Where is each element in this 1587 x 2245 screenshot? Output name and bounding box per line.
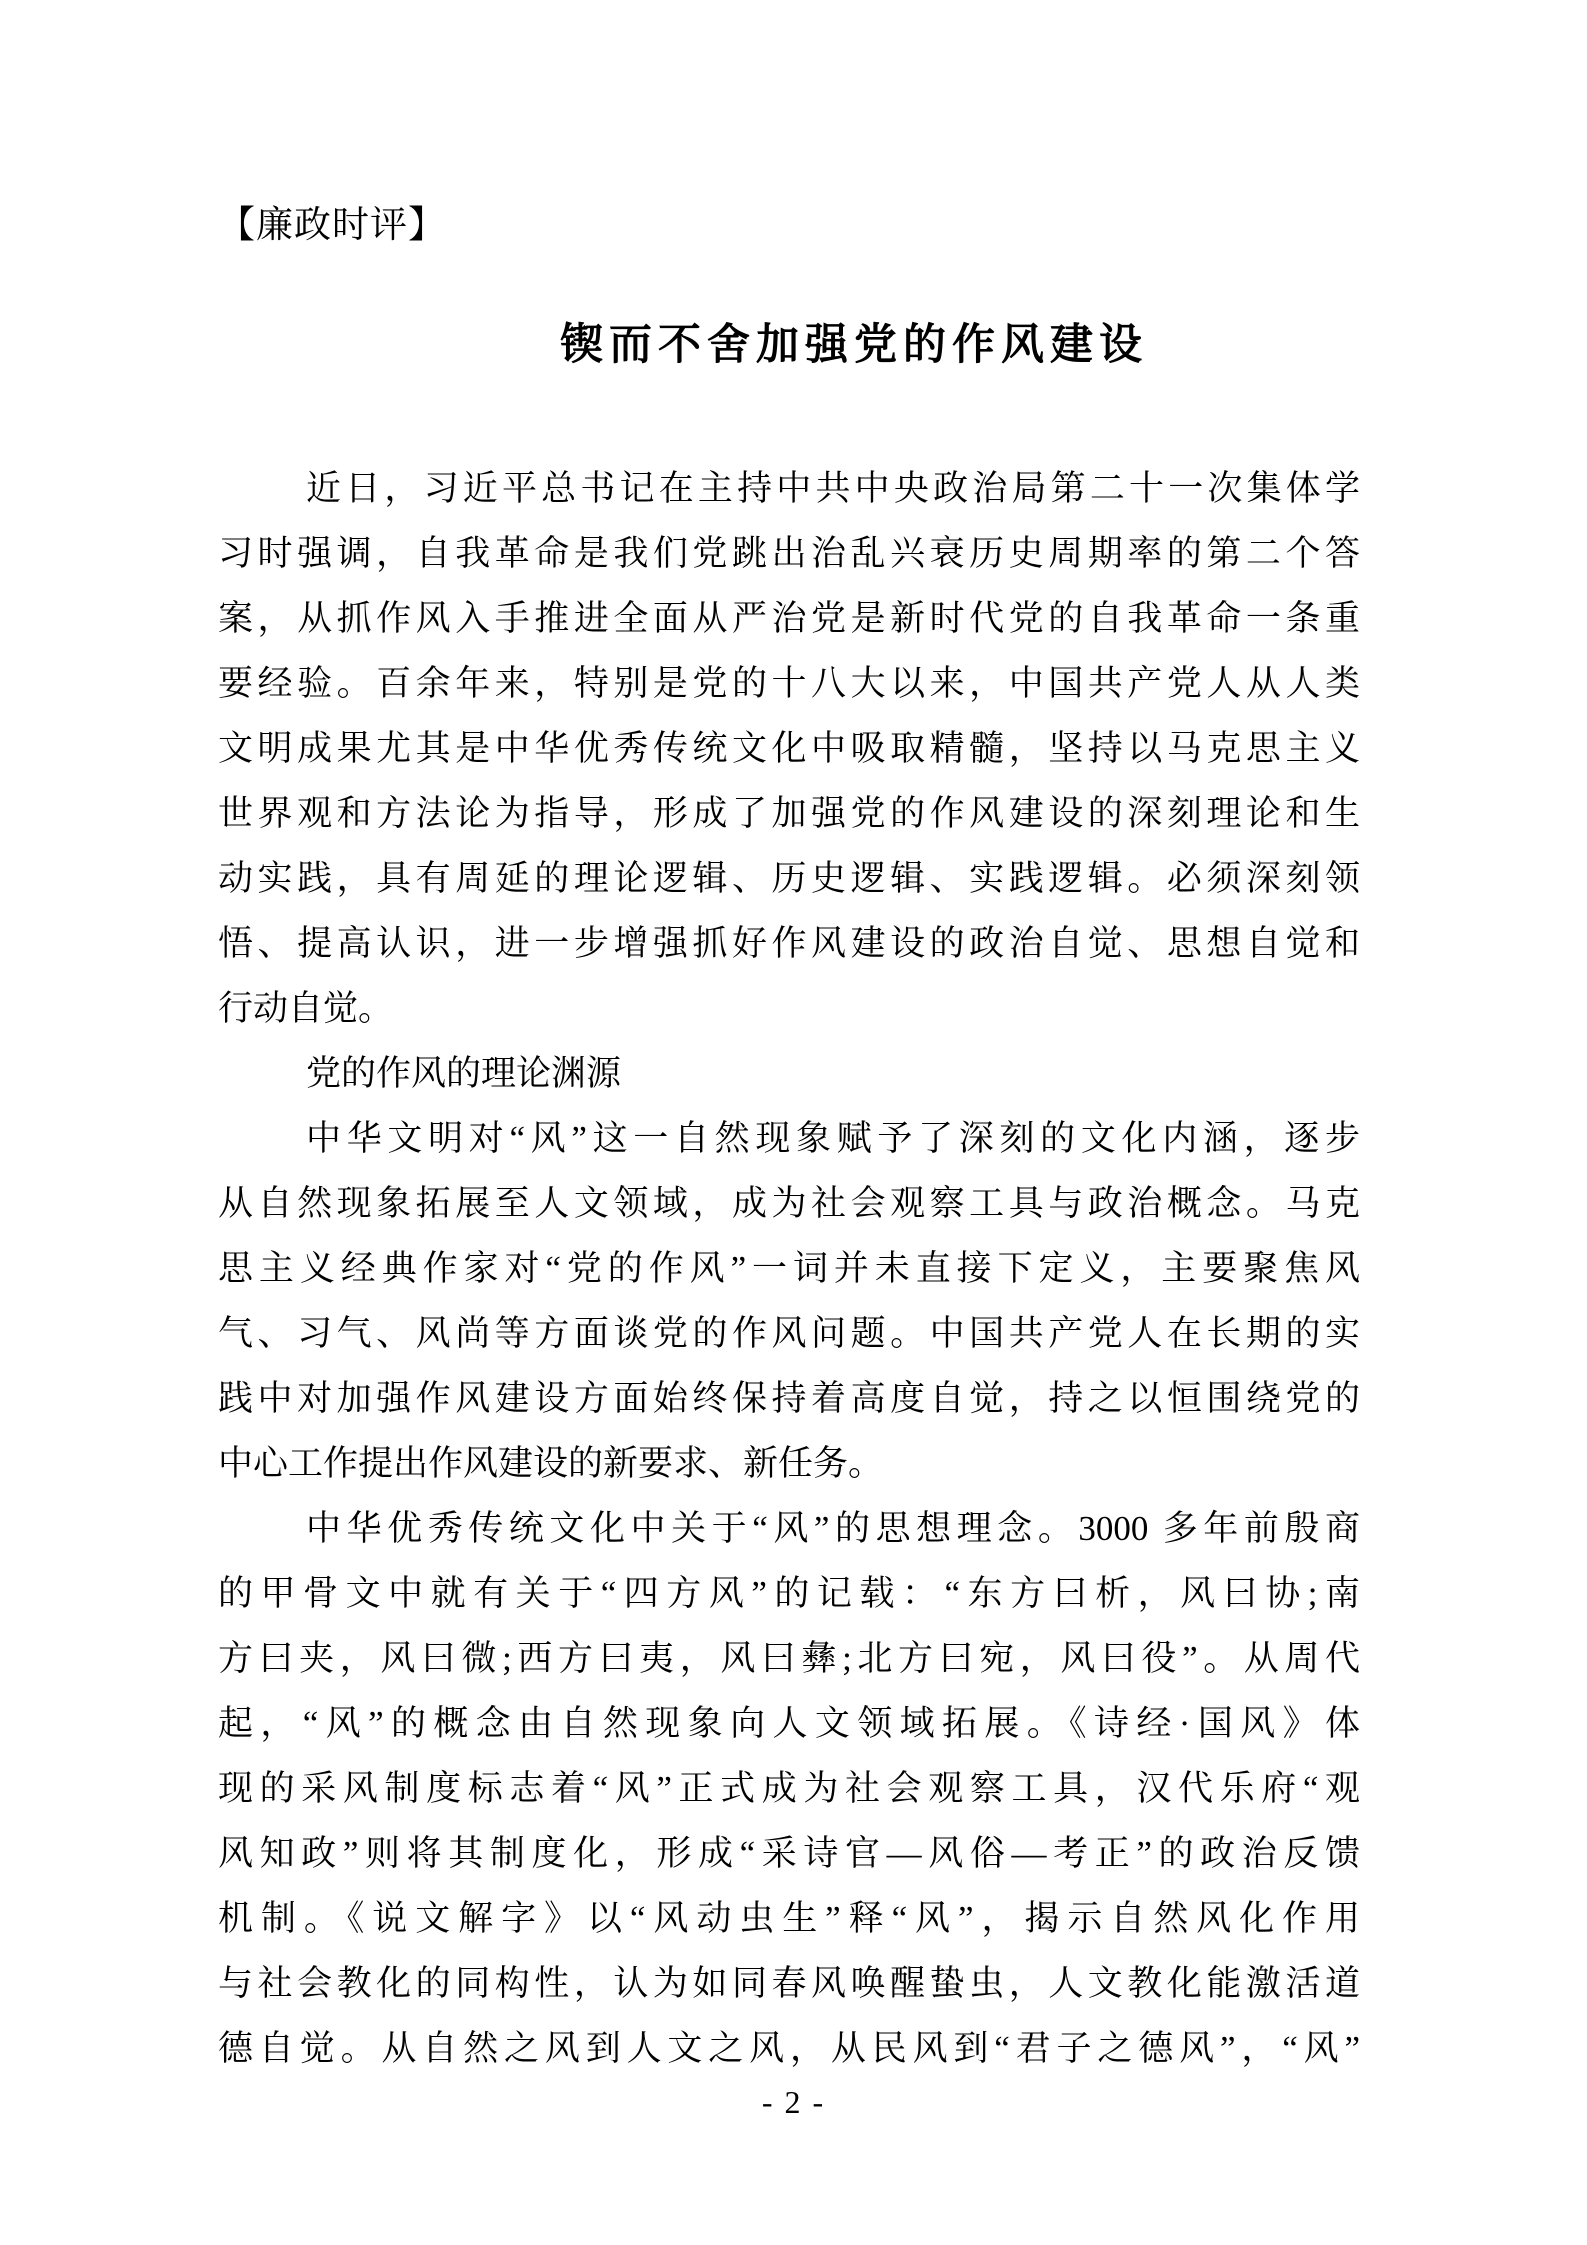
body-text-line: 文明成果尤其是中华优秀传统文化中吸取精髓，坚持以马克思主义	[218, 716, 1360, 781]
body-text-line: 悟、提高认识，进一步增强抓好作风建设的政治自觉、思想自觉和	[218, 911, 1360, 976]
body-text-line: 风知政”则将其制度化，形成“采诗官—风俗—考正”的政治反馈	[218, 1821, 1360, 1886]
body-text-line: 机制。《说文解字》以“风动虫生”释“风”，揭示自然风化作用	[218, 1886, 1360, 1951]
body-text-line: 中华文明对“风”这一自然现象赋予了深刻的文化内涵，逐步	[218, 1106, 1360, 1171]
body-text-line: 行动自觉。	[218, 976, 1360, 1041]
body-text-line: 方曰夹，风曰微;西方曰夷，风曰彝;北方曰宛，风曰役”。从周代	[218, 1626, 1360, 1691]
body-text-line: 中心工作提出作风建设的新要求、新任务。	[218, 1431, 1360, 1496]
body-text-line: 起，“风”的概念由自然现象向人文领域拓展。《诗经·国风》体	[218, 1691, 1360, 1756]
body-text-line: 践中对加强作风建设方面始终保持着高度自觉，持之以恒围绕党的	[218, 1366, 1360, 1431]
document-page: 【廉政时评】 锲而不舍加强党的作风建设 近日，习近平总书记在主持中共中央政治局第…	[0, 0, 1587, 2245]
body-text-line: 近日，习近平总书记在主持中共中央政治局第二十一次集体学	[218, 456, 1360, 521]
body-text-line: 动实践，具有周延的理论逻辑、历史逻辑、实践逻辑。必须深刻领	[218, 846, 1360, 911]
body-text-line: 现的采风制度标志着“风”正式成为社会观察工具，汉代乐府“观	[218, 1756, 1360, 1821]
category-label: 【廉政时评】	[218, 202, 446, 250]
section-subheading: 党的作风的理论渊源	[218, 1041, 1360, 1106]
body-text-line: 的甲骨文中就有关于“四方风”的记载：“东方曰析，风曰协;南	[218, 1561, 1360, 1626]
document-body: 近日，习近平总书记在主持中共中央政治局第二十一次集体学习时强调，自我革命是我们党…	[218, 456, 1360, 2081]
body-text-line: 案，从抓作风入手推进全面从严治党是新时代党的自我革命一条重	[218, 586, 1360, 651]
page-number: - 2 -	[0, 2082, 1587, 2122]
body-text-line: 德自觉。从自然之风到人文之风，从民风到“君子之德风”，“风”	[218, 2016, 1360, 2081]
body-text-line: 中华优秀传统文化中关于“风”的思想理念。3000 多年前殷商	[218, 1496, 1360, 1561]
body-text-line: 要经验。百余年来，特别是党的十八大以来，中国共产党人从人类	[218, 651, 1360, 716]
body-text-line: 气、习气、风尚等方面谈党的作风问题。中国共产党人在长期的实	[218, 1301, 1360, 1366]
body-text-line: 思主义经典作家对“党的作风”一词并未直接下定义，主要聚焦风	[218, 1236, 1360, 1301]
document-title: 锲而不舍加强党的作风建设	[560, 318, 1148, 374]
body-text-line: 从自然现象拓展至人文领域，成为社会观察工具与政治概念。马克	[218, 1171, 1360, 1236]
body-text-line: 与社会教化的同构性，认为如同春风唤醒蛰虫，人文教化能激活道	[218, 1951, 1360, 2016]
body-text-line: 世界观和方法论为指导，形成了加强党的作风建设的深刻理论和生	[218, 781, 1360, 846]
body-text-line: 习时强调，自我革命是我们党跳出治乱兴衰历史周期率的第二个答	[218, 521, 1360, 586]
